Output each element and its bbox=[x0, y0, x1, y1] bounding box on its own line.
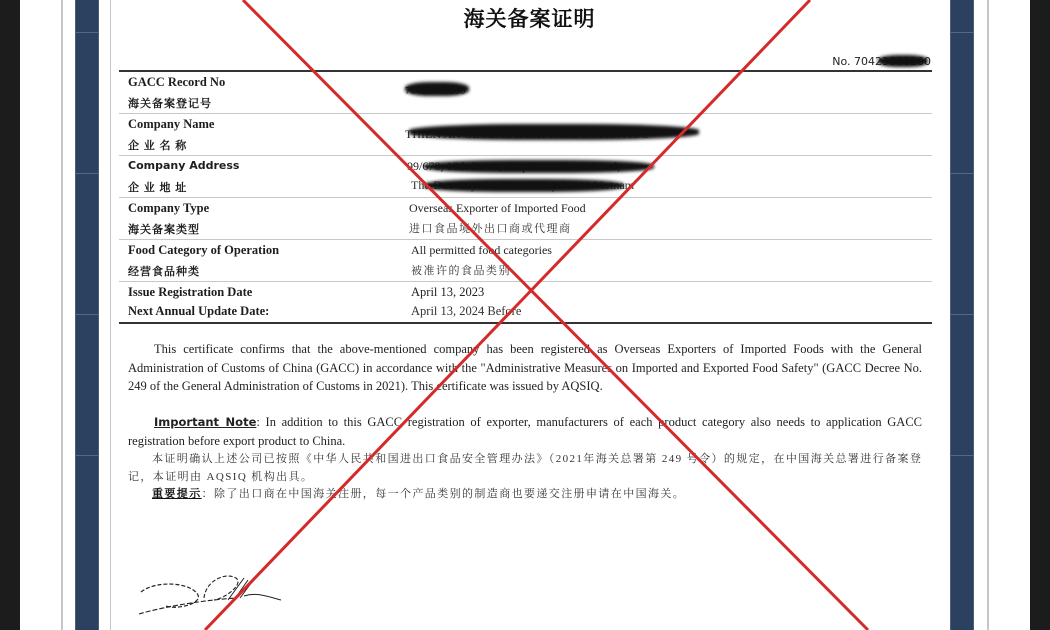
important-note-zh: 重要提示：除了出口商在中国海关注册，每一个产品类别的制造商也要递交注册申请在中国… bbox=[128, 485, 928, 503]
certificate-title: 海关备案证明 bbox=[111, 3, 948, 33]
important-note: Important Note: In addition to this GACC… bbox=[128, 413, 922, 450]
certificate-statement: This certificate confirms that the above… bbox=[128, 340, 922, 396]
table-row-record-no: GACC Record No 海关备案登记号 70423000200 bbox=[119, 72, 932, 114]
important-note-heading-zh: 重要提示 bbox=[152, 488, 202, 500]
company-type-value-zh: 进口食品境外出口商或代理商 bbox=[409, 220, 572, 236]
food-category-value: All permitted food categories bbox=[411, 243, 552, 258]
table-row-food-category: Food Category of Operation 经营食品种类 All pe… bbox=[119, 240, 932, 282]
left-decorative-bar bbox=[75, 0, 99, 630]
redaction-mark bbox=[405, 82, 469, 96]
table-row-company-type: Company Type 海关备案类型 Overseas Exporter of… bbox=[119, 198, 932, 240]
certificate-page: 海关备案证明 No. 70423000200 GACC Record No 海关… bbox=[111, 0, 948, 630]
redaction-mark bbox=[424, 179, 624, 192]
redaction-mark bbox=[424, 160, 654, 173]
record-table: GACC Record No 海关备案登记号 70423000200 Compa… bbox=[119, 70, 932, 324]
table-row-dates: Issue Registration Date April 13, 2023 N… bbox=[119, 282, 932, 322]
table-row-company-address: Company Address 企 业 地 址 99/678, 10th Str… bbox=[119, 156, 932, 198]
redaction-mark bbox=[878, 55, 928, 67]
important-note-heading: Important Note bbox=[154, 415, 256, 429]
right-outer-rule bbox=[987, 0, 989, 630]
certificate-number: No. 70423000200 bbox=[832, 55, 931, 68]
redaction-mark bbox=[409, 124, 699, 140]
table-row-company-name: Company Name 企 业 名 称 THIEN AN GLOBAL IME… bbox=[119, 114, 932, 156]
food-category-value-zh: 被准许的食品类别 bbox=[411, 262, 511, 278]
company-type-value: Overseas Exporter of Imported Food bbox=[409, 201, 586, 216]
left-outer-rule bbox=[61, 0, 63, 630]
issue-date-value: April 13, 2023 bbox=[411, 285, 484, 300]
next-update-date-value: April 13, 2024 Before bbox=[411, 304, 521, 319]
right-decorative-bar bbox=[950, 0, 974, 630]
certificate-statement-zh: 本证明确认上述公司已按照《中华人民共和国进出口食品安全管理办法》（2021年海关… bbox=[128, 450, 928, 486]
signature bbox=[136, 570, 306, 620]
